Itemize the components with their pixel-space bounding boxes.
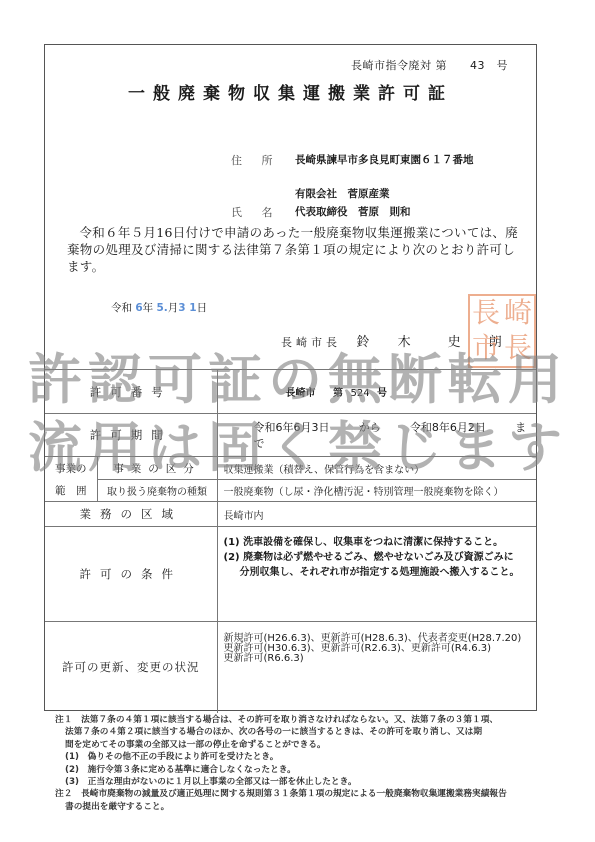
row-business-area: 業務の区域 長崎市内 <box>45 502 536 527</box>
condition-item: (2) 廃棄物は必ず燃やせるごみ、燃やせないごみ及び資源ごみに <box>224 550 537 565</box>
date-month-unit: 月 <box>168 302 179 314</box>
date-month: 5. <box>157 302 168 314</box>
row-history: 許可の更新、変更の状況 新規許可(H26.6.3)、更新許可(H28.6.3)、… <box>45 622 536 713</box>
history-line: 更新許可(R6.6.3) <box>224 654 537 664</box>
document-number: 長崎市指令廃対 第 43 号 <box>351 57 508 73</box>
history-list: 新規許可(H26.6.3)、更新許可(H28.6.3)、代表者変更(H28.7.… <box>217 622 536 713</box>
waste-type-label: 取り扱う廃棄物の種類 <box>97 480 217 502</box>
address-label: 住 所 <box>231 152 281 168</box>
period-end: 令和8年6月2日 <box>410 421 486 434</box>
business-area-value: 長崎市内 <box>217 502 536 527</box>
row-permit-number: 許可番号 長崎市 第 524 号 <box>45 370 536 414</box>
date-day: 3 1 <box>178 302 196 314</box>
note-1-cont: 間を定めてその事業の全部又は一部の停止を命ずることができる。 <box>55 739 555 751</box>
seal-char: 市 <box>470 331 502 366</box>
seal-char: 崎 <box>502 296 534 331</box>
date-era: 令和 <box>111 302 135 314</box>
permit-period-label: 許可期間 <box>45 414 217 457</box>
row-conditions: 許可の条件 (1) 洗車設備を確保し、収集車をつねに清潔に保持すること。 (2)… <box>45 527 536 622</box>
note-1: 注１ 法第７条の４第１項に該当する場合は、その許可を取り消さなければならない。又… <box>55 714 555 726</box>
permit-statement: 令和６年５月16日付けで申請のあった一般廃棄物収集運搬業については、廃棄物の処理… <box>67 224 527 275</box>
permit-city: 長崎市 <box>286 388 316 399</box>
footnotes: 注１ 法第７条の４第１項に該当する場合は、その許可を取り消さなければならない。又… <box>55 714 555 813</box>
scope-label-bottom: 範 囲 <box>45 480 97 502</box>
scope-label-top: 事業の <box>45 457 97 480</box>
date-year-unit: 年 <box>143 302 154 314</box>
name-label: 氏 名 <box>231 204 281 220</box>
permit-period-value: 令和6年6月3日 から 令和8年6月2日 まで <box>217 414 536 457</box>
period-from: から <box>359 421 381 434</box>
permit-prefix: 第 <box>333 388 343 399</box>
row-permit-period: 許可期間 令和6年6月3日 から 令和8年6月2日 まで <box>45 414 536 457</box>
category-value: 収集運搬業（積替え、保管行為を含まない） <box>217 457 536 480</box>
note-2: 注２ 長崎市廃棄物の減量及び適正処理に関する規則第３１条第１項の規定による一般廃… <box>55 788 555 800</box>
note-2-cont: 書の提出を厳守すること。 <box>55 801 555 813</box>
business-area-label: 業務の区域 <box>45 502 217 527</box>
permit-number-label: 許可番号 <box>45 370 217 414</box>
conditions-list: (1) 洗車設備を確保し、収集車をつねに清潔に保持すること。 (2) 廃棄物は必… <box>217 527 536 622</box>
note-1-item: (2) 施行令第３条に定める基準に適合しなくなったとき。 <box>55 764 555 776</box>
category-label: 事業の区分 <box>97 457 217 480</box>
waste-type-value: 一般廃棄物（し尿・浄化槽汚泥・特別管理一般廃棄物を除く） <box>217 480 536 502</box>
official-seal-icon: 長 崎 市 長 <box>468 294 536 368</box>
document-title: 一般廃棄物収集運搬業許可証 <box>45 79 536 104</box>
conditions-label: 許可の条件 <box>45 527 217 622</box>
date-day-unit: 日 <box>197 302 208 314</box>
permit-number: 524 <box>350 388 369 399</box>
permit-certificate: 長崎市指令廃対 第 43 号 一般廃棄物収集運搬業許可証 住 所 長崎県諫早市多… <box>44 44 537 711</box>
permit-details-table: 許可番号 長崎市 第 524 号 許可期間 令和6年6月3日 から 令和8年6月… <box>45 369 536 713</box>
history-label: 許可の更新、変更の状況 <box>45 622 217 713</box>
period-start: 令和6年6月3日 <box>254 421 330 434</box>
seal-char: 長 <box>470 296 502 331</box>
address-value: 長崎県諫早市多良見町東園６１７番地 <box>295 152 474 167</box>
row-business-category: 事業の 事業の区分 収集運搬業（積替え、保管行為を含まない） <box>45 457 536 480</box>
condition-item: (1) 洗車設備を確保し、収集車をつねに清潔に保持すること。 <box>224 535 537 550</box>
permit-number-value: 長崎市 第 524 号 <box>217 370 536 414</box>
permit-statement-text: 令和６年５月16日付けで申請のあった一般廃棄物収集運搬業については、廃棄物の処理… <box>67 224 527 275</box>
permit-suffix: 号 <box>377 388 387 399</box>
note-1-item: (3) 正当な理由がないのに１月以上事業の全部又は一部を休止したとき。 <box>55 776 555 788</box>
seal-char: 長 <box>502 331 534 366</box>
issue-date: 令和 6年 5.月3 1日 <box>111 300 207 315</box>
representative-name: 代表取締役 菅原 則和 <box>295 204 411 219</box>
company-name: 有限会社 菅原産業 <box>295 186 390 201</box>
note-1-cont: 法第７条の４第２項に該当する場合のほか、次の各号の一に該当するときは、その許可を… <box>55 726 555 738</box>
date-year: 6 <box>135 302 142 314</box>
condition-item: 分別収集し、それぞれ市が指定する処理施設へ搬入すること。 <box>224 565 537 580</box>
mayor-title: 長崎市長 <box>281 336 341 349</box>
note-1-item: (1) 偽りその他不正の手段により許可を受けたとき。 <box>55 751 555 763</box>
row-waste-type: 範 囲 取り扱う廃棄物の種類 一般廃棄物（し尿・浄化槽汚泥・特別管理一般廃棄物を… <box>45 480 536 502</box>
